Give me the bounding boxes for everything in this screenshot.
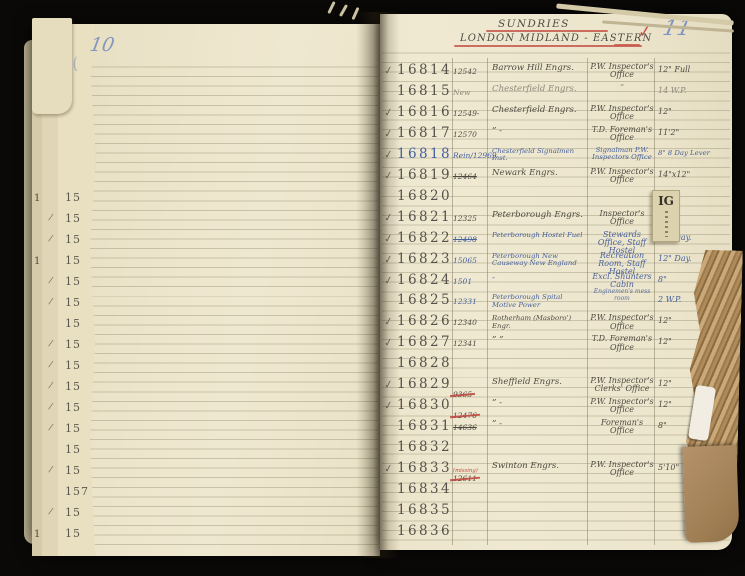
location: Chesterfield Signalmen Inst. — [492, 148, 585, 162]
clock-number: 16830 — [397, 397, 452, 413]
binding-stitch — [339, 4, 348, 17]
clock-number: 16828 — [397, 355, 452, 371]
right-page: SUNDRIES LONDON MIDLAND - EASTERN ✓ 11 ✓… — [380, 14, 732, 550]
ledger-row-16823: ✓1682315065Peterborough New Causeway New… — [380, 251, 732, 272]
clock-number: 16832 — [397, 439, 452, 455]
stub-num: 157 — [65, 485, 89, 498]
old-number: Rein/12969 — [453, 152, 495, 160]
ledger-row-16831: 1683114636” -Foreman's Office8" — [380, 418, 732, 439]
old-number: 12549- — [453, 110, 495, 118]
location: Rotherham (Masboro') Engr. — [492, 315, 585, 329]
stub-num: 15 — [65, 527, 81, 540]
dial-size: 14"x12" — [658, 171, 730, 179]
clock-number: 16823 — [397, 251, 452, 267]
page-subtitle: LONDON MIDLAND - EASTERN — [460, 33, 652, 44]
stub-entry: /15 — [32, 232, 102, 253]
stub-num: 15 — [65, 506, 81, 519]
ledger-row-16824: ✓168241501-Excl. Shunters Cabin8" — [380, 272, 732, 293]
old-number: 12498 — [453, 236, 495, 244]
dial-size: 11'2" — [658, 129, 730, 137]
stub-num: 15 — [65, 401, 81, 414]
ledger-row-16825: 1682512331Peterborough Spital Motive Pow… — [380, 292, 732, 313]
stub-mark: / — [48, 465, 54, 475]
book-gutter-shadow — [356, 12, 400, 558]
clock-number: 16824 — [397, 272, 452, 288]
ledger-row-16814: ✓1681412542Barrow Hill Engrs.P.W. Inspec… — [380, 62, 732, 83]
stub-num: 15 — [65, 212, 81, 225]
stub-outer: 1 — [34, 193, 40, 204]
location: Peterborough Engrs. — [492, 211, 585, 220]
clock-number: 16836 — [397, 523, 452, 539]
tab-print-lines — [665, 211, 668, 237]
stub-mark: / — [48, 423, 54, 433]
inserted-card-tab: IG — [652, 190, 680, 242]
location: Peterborough Spital Motive Power — [492, 294, 585, 308]
ledger-row-16829: ✓168299365Sheffield Engrs.P.W. Inspector… — [380, 376, 732, 397]
dial-size: 14 W.P. — [658, 87, 730, 95]
dial-size: 8" 8 Day Lever — [658, 150, 730, 157]
clock-number: 16835 — [397, 502, 452, 518]
dial-size: 12" — [658, 108, 730, 116]
clock-number: 16821 — [397, 209, 452, 225]
stub-entry: /15 — [32, 295, 102, 316]
location: Barrow Hill Engrs. — [492, 64, 585, 73]
office: Foreman's Office — [590, 419, 654, 435]
clock-number: 16826 — [397, 313, 452, 329]
office: P.W. Inspector's Office — [590, 314, 654, 330]
location: ” - — [492, 127, 585, 136]
old-number: 15065 — [453, 257, 495, 265]
stub-mark: / — [48, 402, 54, 412]
stub-mark: / — [48, 234, 54, 244]
stub-outer: 1 — [34, 256, 40, 267]
page-title: SUNDRIES — [498, 18, 570, 30]
clock-number: 16822 — [397, 230, 452, 246]
old-number: 12542 — [453, 68, 495, 76]
stub-entry: 115 — [32, 190, 102, 211]
location: ” - — [492, 399, 585, 408]
office: P.W. Inspector's Office — [590, 63, 654, 79]
office: Excl. Shunters Cabin — [590, 273, 654, 289]
ledger-row-16818: ✓16818Rein/12969Chesterfield Signalmen I… — [380, 146, 732, 167]
stub-num: 15 — [65, 233, 81, 246]
ledger-row-16827: ✓1682712341” ”T.D. Foreman's Office12" — [380, 334, 732, 355]
ledger-row-16817: ✓1681712570” -T.D. Foreman's Office11'2" — [380, 125, 732, 146]
clock-number: 16827 — [397, 334, 452, 350]
office: P.W. Inspector's Office — [590, 461, 654, 477]
clock-number: 16816 — [397, 104, 452, 120]
old-number: 12331 — [453, 298, 495, 306]
stub-entry: 157 — [32, 484, 102, 505]
stub-entry: /15 — [32, 505, 102, 526]
location: Swinton Engrs. — [492, 462, 585, 471]
photo-background: ( 10 115/15/15115/15/1515/15/15/15/15/15… — [0, 0, 745, 576]
subtitle-underline-dash — [614, 44, 640, 46]
stub-entry: /15 — [32, 274, 102, 295]
office: P.W. Inspector's Office — [590, 105, 654, 121]
stub-num: 15 — [65, 191, 81, 204]
clock-number: 16831 — [397, 418, 452, 434]
old-number: 12464 — [453, 173, 495, 181]
location: Sheffield Engrs. — [492, 378, 585, 387]
clock-number: 16820 — [397, 188, 452, 204]
ledger-row-16826: ✓1682612340Rotherham (Masboro') Engr.P.W… — [380, 313, 732, 334]
location: ” ” — [492, 336, 585, 345]
ledger-row-16834: 16834 — [380, 481, 732, 502]
old-number: 14636 — [453, 424, 495, 432]
stub-entry: 115 — [32, 526, 102, 547]
ledger-row-16819: ✓1681912464Newark Engrs.P.W. Inspector's… — [380, 167, 732, 188]
stub-mark: / — [48, 339, 54, 349]
clock-number: 16829 — [397, 376, 452, 392]
binding-stitch — [327, 1, 335, 14]
ledger-row-16815: 16815NewChesterfield Engrs.”14 W.P. — [380, 83, 732, 104]
stub-num: 15 — [65, 359, 81, 372]
ledger-row-16828: 16828 — [380, 355, 732, 376]
title-underline — [486, 30, 608, 32]
old-number: 12570 — [453, 131, 495, 139]
stub-num: 15 — [65, 338, 81, 351]
location: Peterborough Hostel Fuel — [492, 232, 585, 239]
old-number: New — [453, 89, 495, 97]
stub-num: 15 — [65, 380, 81, 393]
office: P.W. Inspector's Clerks' Office — [590, 377, 654, 393]
ledger-row-16835: 16835 — [380, 502, 732, 523]
ledger-row-16833: ✓1683312611(missing)Swinton Engrs.P.W. I… — [380, 460, 732, 481]
stub-mark: / — [48, 360, 54, 370]
clock-number: 16814 — [397, 62, 452, 78]
clock-number: 16819 — [397, 167, 452, 183]
ledger-row-16836: 16836 — [380, 523, 732, 544]
left-page-number: 10 — [88, 34, 116, 56]
office: ” — [590, 84, 654, 92]
stub-num: 15 — [65, 422, 81, 435]
clock-number: 16833 — [397, 460, 452, 476]
location: ” - — [492, 420, 585, 429]
old-number: 1501 — [453, 278, 495, 286]
stub-mark: / — [48, 381, 54, 391]
office: P.W. Inspector's Office — [590, 398, 654, 414]
old-number-note: (missing) — [453, 468, 478, 476]
location: Chesterfield Engrs. — [492, 85, 585, 94]
clock-number: 16834 — [397, 481, 452, 497]
clock-number: 16825 — [397, 292, 452, 308]
stub-entry: /15 — [32, 358, 102, 379]
stub-entry: /15 — [32, 211, 102, 232]
stub-num: 15 — [65, 317, 81, 330]
kraft-paper-corner — [682, 445, 739, 543]
stub-mark: / — [48, 276, 54, 286]
stub-entry: 15 — [32, 316, 102, 337]
stub-mark: / — [48, 507, 54, 517]
stub-entry: /15 — [32, 400, 102, 421]
stub-entry: /15 — [32, 379, 102, 400]
stub-num: 15 — [65, 254, 81, 267]
tab-label: IG — [653, 194, 679, 208]
office: T.D. Foreman's Office — [590, 335, 654, 351]
stub-outer: 1 — [34, 529, 40, 540]
office: T.D. Foreman's Office — [590, 126, 654, 142]
office: Inspector's Office — [590, 210, 654, 226]
location: - — [492, 274, 585, 283]
clock-number: 16817 — [397, 125, 452, 141]
stub-num: 15 — [65, 464, 81, 477]
stub-num: 15 — [65, 443, 81, 456]
office: P.W. Inspector's Office — [590, 168, 654, 184]
location: Peterborough New Causeway New England — [492, 253, 585, 267]
torn-corner-flap — [32, 18, 72, 114]
location: Newark Engrs. — [492, 169, 585, 178]
stub-entry: /15 — [32, 421, 102, 442]
old-number: 12340 — [453, 319, 495, 327]
stub-num: 15 — [65, 296, 81, 309]
clock-number: 16815 — [397, 83, 452, 99]
stub-mark: / — [48, 213, 54, 223]
stub-entry: /15 — [32, 463, 102, 484]
ledger-row-16816: ✓1681612549-Chesterfield Engrs.P.W. Insp… — [380, 104, 732, 125]
old-number: 12325 — [453, 215, 495, 223]
stub-mark: / — [48, 297, 54, 307]
office: Enginemen's mess room — [590, 289, 654, 301]
office: Signalman P.W. Inspectors Office — [590, 147, 654, 161]
stub-entry: /15 — [32, 337, 102, 358]
ledger-row-16830: ✓1683012476” -P.W. Inspector's Office12" — [380, 397, 732, 418]
location: Chesterfield Engrs. — [492, 106, 585, 115]
left-page: ( 10 115/15/15115/15/1515/15/15/15/15/15… — [32, 24, 380, 556]
clock-number: 16818 — [397, 146, 452, 162]
old-number: 12341 — [453, 340, 495, 348]
stub-entry: 15 — [32, 442, 102, 463]
stub-entry: 115 — [32, 253, 102, 274]
dial-size: 12" Full — [658, 66, 730, 74]
ledger-row-16832: 16832 — [380, 439, 732, 460]
stub-num: 15 — [65, 275, 81, 288]
